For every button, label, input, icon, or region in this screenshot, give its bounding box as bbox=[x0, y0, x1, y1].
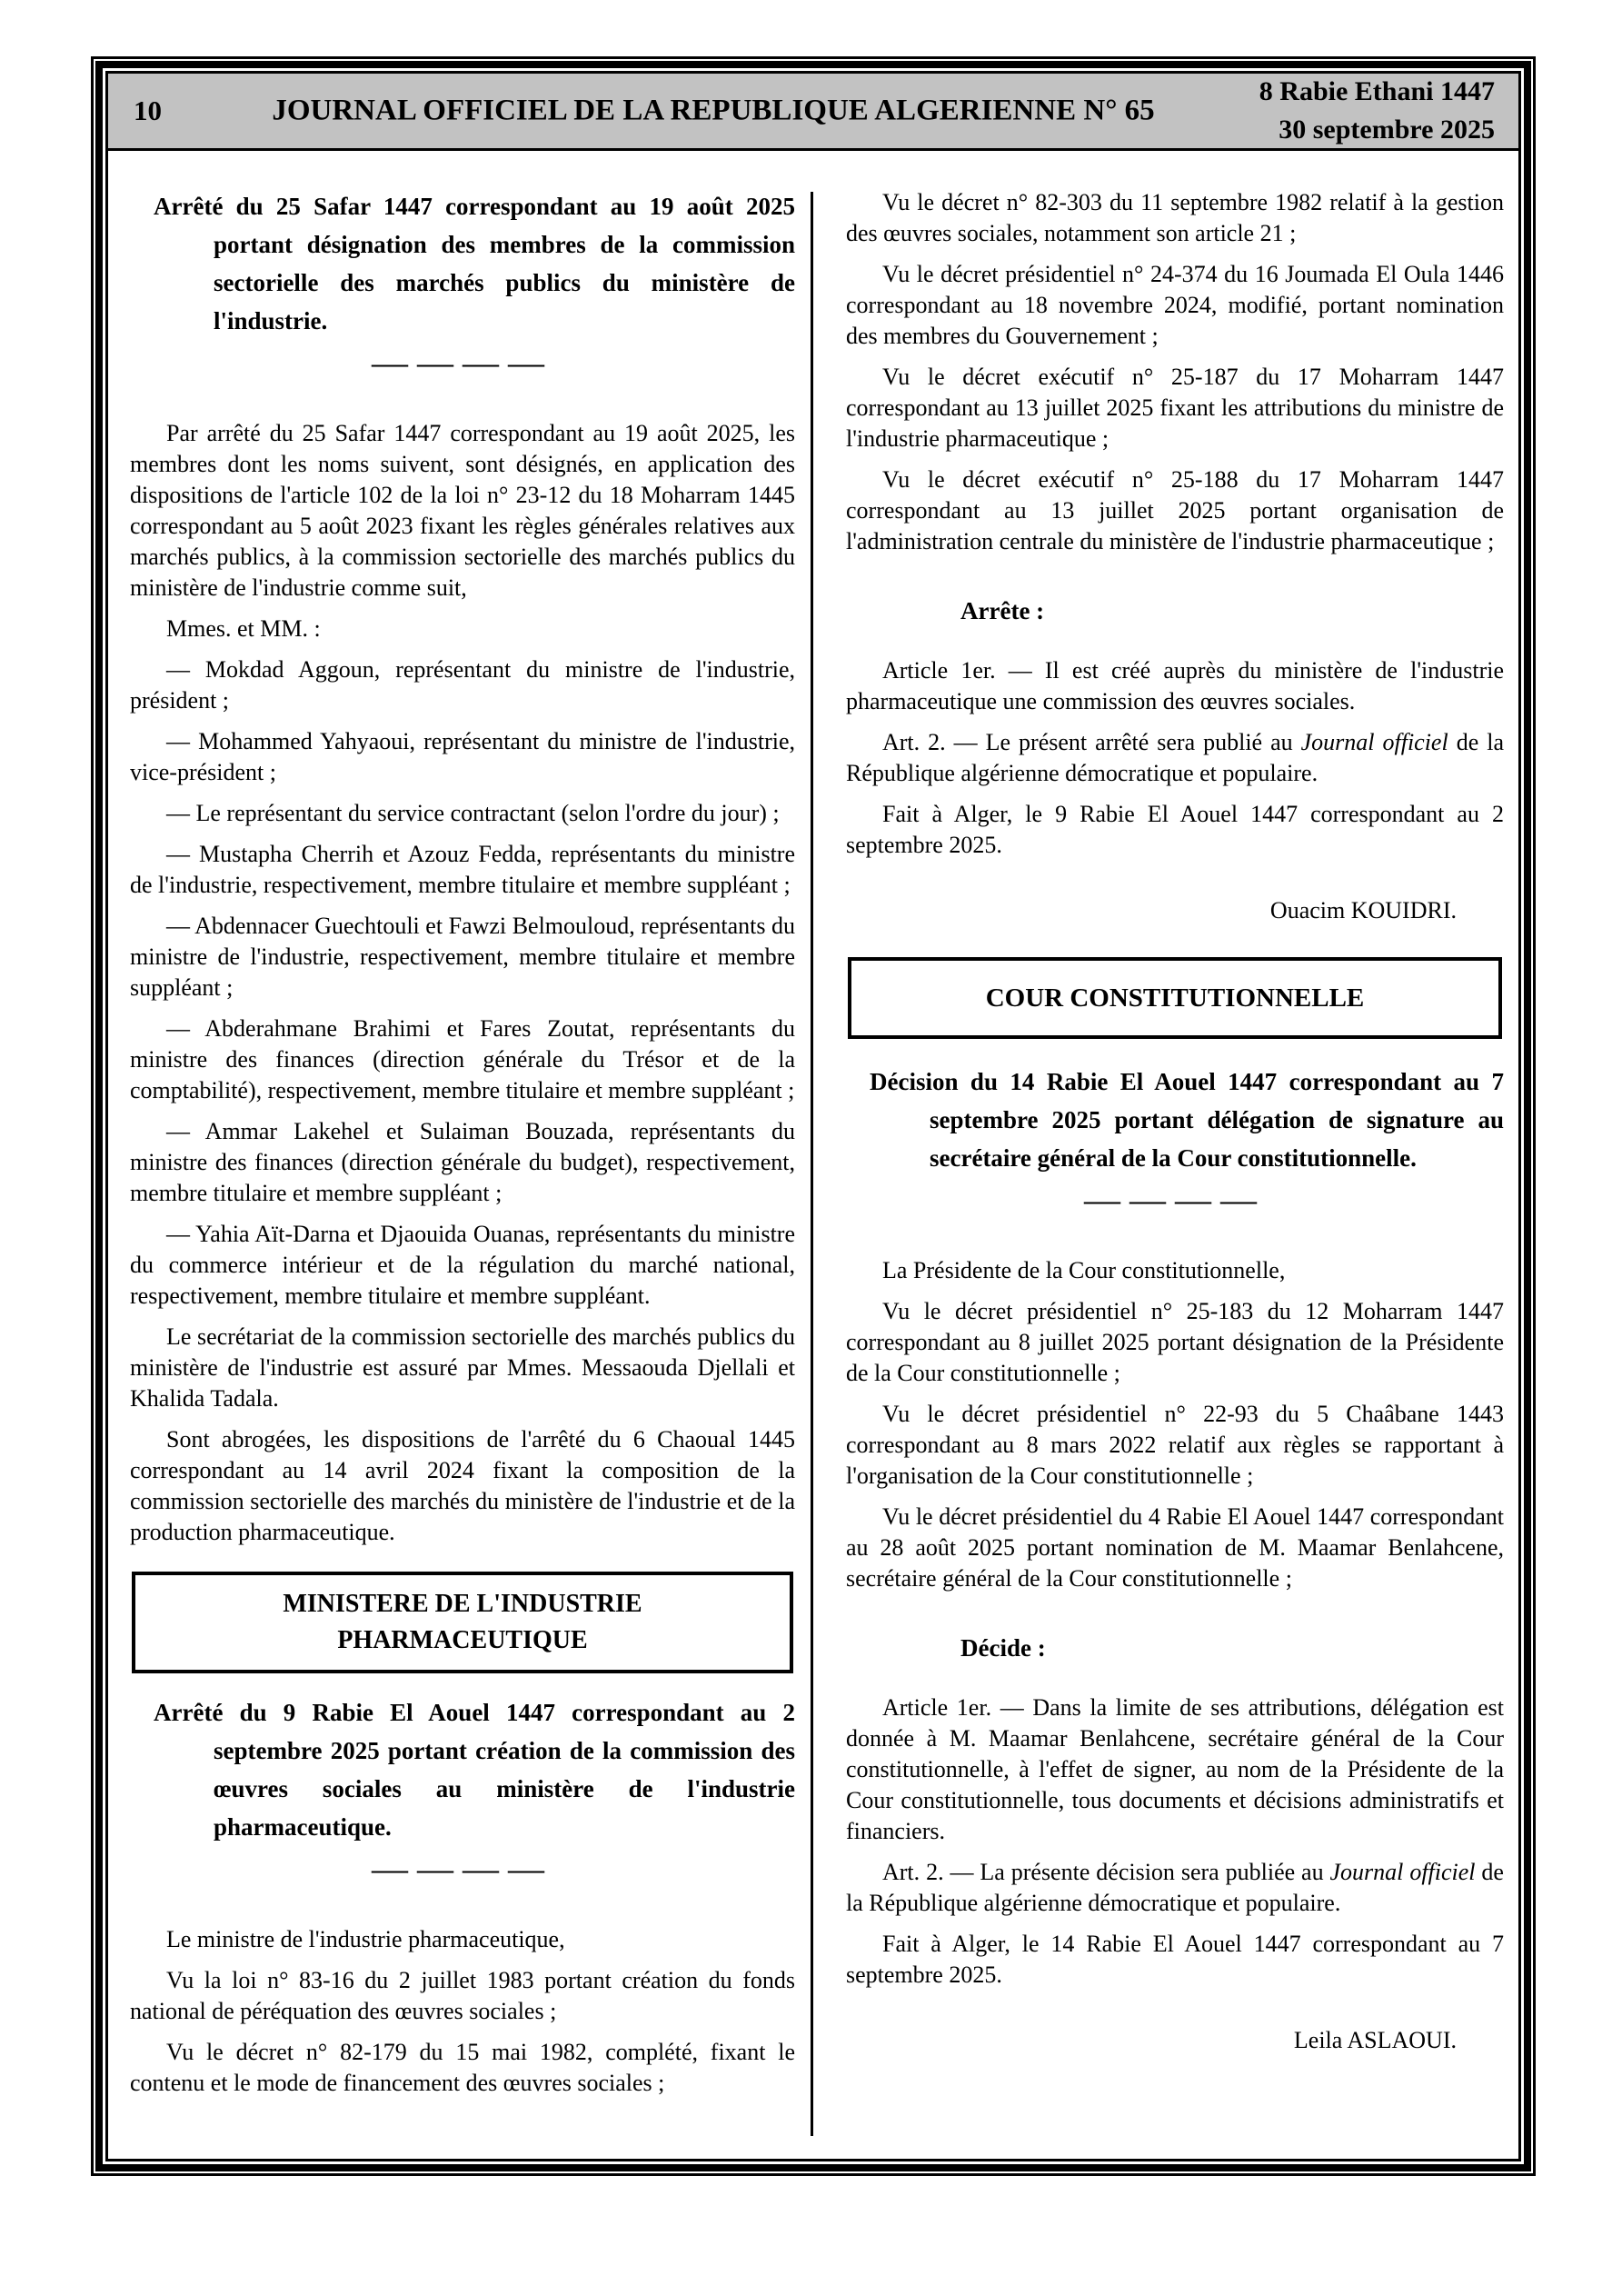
member-item: — Le représentant du service contractant… bbox=[130, 798, 795, 829]
column-divider bbox=[811, 192, 813, 2136]
decree1-mmes-line: Mmes. et MM. : bbox=[130, 614, 795, 644]
journal-title: JOURNAL OFFICIEL DE LA REPUBLIQUE ALGERI… bbox=[235, 95, 1191, 128]
section-separator: ———— bbox=[130, 351, 795, 374]
decision-article-1: Article 1er. — Dans la limite de ses att… bbox=[846, 1692, 1504, 1847]
member-item: — Mohammed Yahyaoui, représentant du min… bbox=[130, 726, 795, 788]
decree2-heading: Arrêté du 9 Rabie El Aouel 1447 correspo… bbox=[130, 1693, 795, 1846]
left-column: Arrêté du 25 Safar 1447 correspondant au… bbox=[130, 151, 795, 2099]
decision-visa: Vu le décret présidentiel du 4 Rabie El … bbox=[846, 1502, 1504, 1594]
ministry-title-line1: MINISTERE DE L'INDUSTRIE bbox=[143, 1586, 782, 1622]
decree2-visa: Vu la loi n° 83-16 du 2 juillet 1983 por… bbox=[130, 1965, 795, 2027]
member-item: — Yahia Aït-Darna et Djaouida Ouanas, re… bbox=[130, 1219, 795, 1312]
decision-fait-line: Fait à Alger, le 14 Rabie El Aouel 1447 … bbox=[846, 1929, 1504, 1991]
decree1-intro: Par arrêté du 25 Safar 1447 correspondan… bbox=[130, 418, 795, 604]
member-item: — Ammar Lakehel et Sulaiman Bouzada, rep… bbox=[130, 1116, 795, 1209]
page-frame-thick: 10 JOURNAL OFFICIEL DE LA REPUBLIQUE ALG… bbox=[95, 61, 1531, 2171]
member-item: — Mustapha Cherrih et Azouz Fedda, repré… bbox=[130, 839, 795, 901]
journal-page: 10 JOURNAL OFFICIEL DE LA REPUBLIQUE ALG… bbox=[0, 0, 1622, 2296]
decree2-article-1: Article 1er. — Il est créé auprès du min… bbox=[846, 655, 1504, 717]
member-item: — Abderahmane Brahimi et Fares Zoutat, r… bbox=[130, 1013, 795, 1106]
decision-heading: Décision du 14 Rabie El Aouel 1447 corre… bbox=[846, 1063, 1504, 1177]
decree2-visa: Vu le décret présidentiel n° 24-374 du 1… bbox=[846, 259, 1504, 352]
date-gregorian: 30 septembre 2025 bbox=[1259, 111, 1495, 149]
section-separator: ———— bbox=[846, 1188, 1504, 1212]
journal-officiel-italic: Journal officiel bbox=[1301, 729, 1448, 755]
signature-aslaoui: Leila ASLAOUI. bbox=[846, 2025, 1504, 2056]
decision-visa: Vu le décret présidentiel n° 22-93 du 5 … bbox=[846, 1399, 1504, 1492]
member-item: — Abdennacer Guechtouli et Fawzi Belmoul… bbox=[130, 911, 795, 1003]
court-title-box: COUR CONSTITUTIONNELLE bbox=[848, 957, 1502, 1039]
decree2-visa: Vu le décret n° 82-179 du 15 mai 1982, c… bbox=[130, 2037, 795, 2099]
right-column: Vu le décret n° 82-303 du 11 septembre 1… bbox=[846, 151, 1504, 2056]
decree2-visa: Vu le décret n° 82-303 du 11 septembre 1… bbox=[846, 187, 1504, 249]
decision-visa: Vu le décret présidentiel n° 25-183 du 1… bbox=[846, 1296, 1504, 1389]
decree2-article-2: Art. 2. — Le présent arrêté sera publié … bbox=[846, 727, 1504, 789]
decide-label: Décide : bbox=[960, 1632, 1504, 1663]
page-header: 10 JOURNAL OFFICIEL DE LA REPUBLIQUE ALG… bbox=[108, 74, 1518, 151]
ministry-title-line2: PHARMACEUTIQUE bbox=[143, 1622, 782, 1659]
journal-officiel-italic: Journal officiel bbox=[1330, 1859, 1476, 1885]
page-number: 10 bbox=[134, 95, 162, 127]
decision-article-2: Art. 2. — La présente décision sera publ… bbox=[846, 1857, 1504, 1919]
decree2-fait-line: Fait à Alger, le 9 Rabie El Aouel 1447 c… bbox=[846, 799, 1504, 861]
section-separator: ———— bbox=[130, 1857, 795, 1881]
arrete-label: Arrête : bbox=[960, 595, 1504, 626]
decree2-visa: Vu le décret exécutif n° 25-187 du 17 Mo… bbox=[846, 362, 1504, 454]
ministry-title-box: MINISTERE DE L'INDUSTRIE PHARMACEUTIQUE bbox=[132, 1572, 793, 1673]
decree1-abrogation: Sont abrogées, les dispositions de l'arr… bbox=[130, 1424, 795, 1548]
decree1-heading: Arrêté du 25 Safar 1447 correspondant au… bbox=[130, 187, 795, 340]
page-frame-outer: 10 JOURNAL OFFICIEL DE LA REPUBLIQUE ALG… bbox=[91, 56, 1536, 2176]
member-item: — Mokdad Aggoun, représentant du ministr… bbox=[130, 654, 795, 716]
page-frame-inner: 10 JOURNAL OFFICIEL DE LA REPUBLIQUE ALG… bbox=[105, 71, 1521, 2161]
header-dates: 8 Rabie Ethani 1447 30 septembre 2025 bbox=[1259, 73, 1495, 149]
decree2-minister-line: Le ministre de l'industrie pharmaceutiqu… bbox=[130, 1924, 795, 1955]
decree2-visa: Vu le décret exécutif n° 25-188 du 17 Mo… bbox=[846, 464, 1504, 557]
decision-presidente-line: La Présidente de la Cour constitutionnel… bbox=[846, 1255, 1504, 1286]
signature-kouidri: Ouacim KOUIDRI. bbox=[846, 895, 1504, 926]
page-content: Arrêté du 25 Safar 1447 correspondant au… bbox=[108, 151, 1518, 2159]
date-hijri: 8 Rabie Ethani 1447 bbox=[1259, 73, 1495, 111]
decree1-secretariat: Le secrétariat de la commission sectorie… bbox=[130, 1322, 795, 1414]
